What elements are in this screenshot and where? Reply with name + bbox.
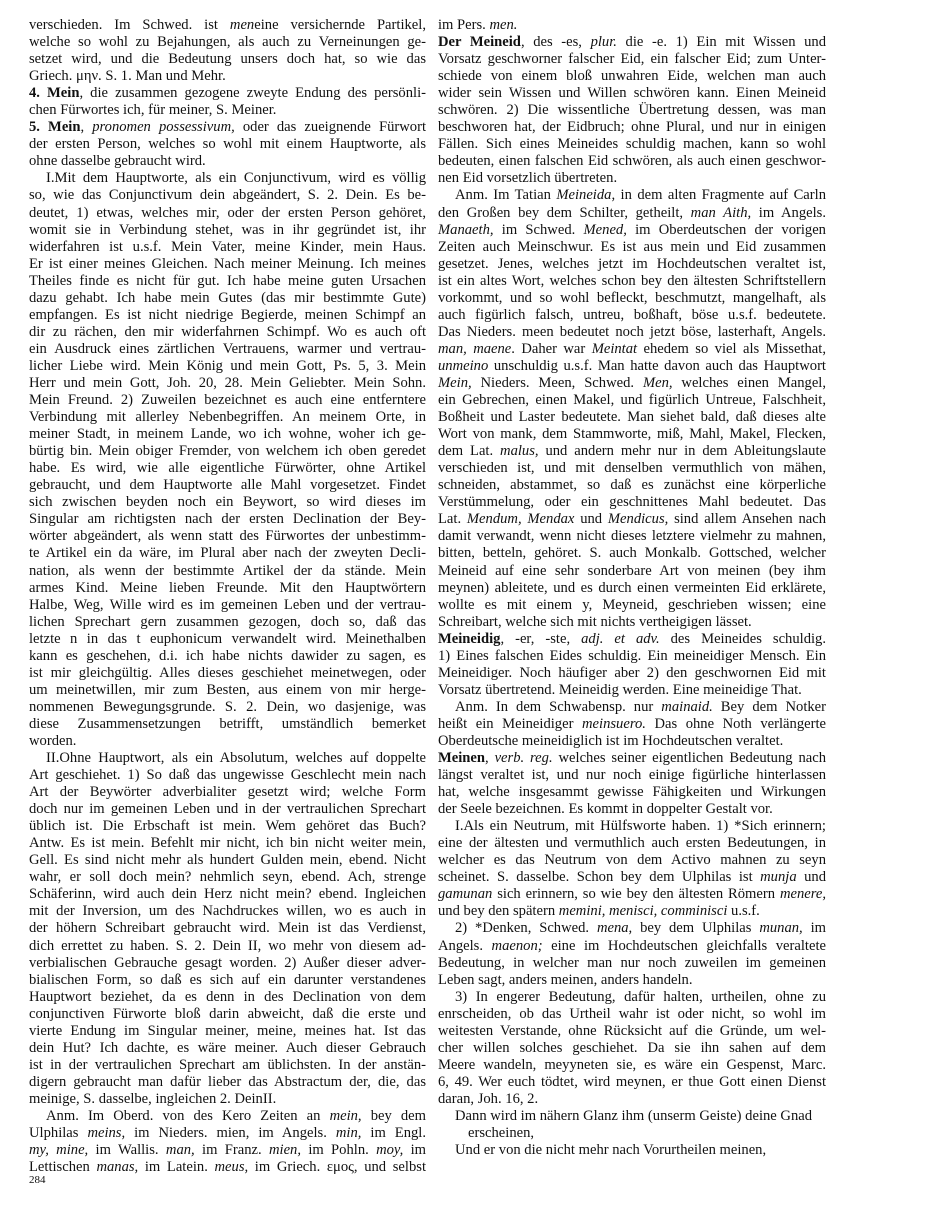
- text-segment: 3) In engerer Bedeutung, dafür halten, u…: [455, 989, 826, 1005]
- text-segment: dazu gehabt. Ich habe mein Gutes (das mi…: [29, 290, 426, 306]
- text-line: Vorsatz übertretend. Meineidig werden. E…: [438, 682, 826, 699]
- text-segment: heißt ein Meineidiger: [438, 716, 582, 732]
- italic-term: meinsuero.: [582, 716, 646, 732]
- text-segment: hat, welche insgesammt gewisse Fähigkeit…: [438, 784, 826, 800]
- text-segment: Schreibart, welche sich mit nichts verth…: [438, 614, 752, 630]
- italic-term: mein,: [330, 1108, 362, 1124]
- text-segment: deutet, 1) etwas, welches mir, oder der …: [29, 205, 426, 221]
- text-segment: um meinetwillen, mir zum Besten, aus ein…: [29, 682, 426, 698]
- text-line: mit der Inversion, um des Nachdruckes wi…: [29, 903, 426, 920]
- text-segment: Vorsatz übertretend. Meineidig werden. E…: [438, 682, 802, 698]
- text-segment: te Artikel ein da wäre, im Plural aber n…: [29, 545, 426, 561]
- text-line: auch figürlich falsch, untreu, boßhaft, …: [438, 307, 826, 324]
- text-line: Ulphilas meins, im Nieders. mien, im Ang…: [29, 1125, 426, 1142]
- text-line: heißt ein Meineidiger meinsuero. Das ohn…: [438, 716, 826, 733]
- text-line: Schreibart, welche sich mit nichts verth…: [438, 614, 826, 631]
- text-line: weitesten Verstande, ohne Rücksicht auf …: [438, 1023, 826, 1040]
- text-segment: digern gebraucht man dafür lieber das Ab…: [29, 1074, 426, 1090]
- text-line: Singular am richtigsten nach der ersten …: [29, 511, 426, 528]
- text-segment: sich zwischen beyden noch ein Beywort, s…: [29, 494, 426, 510]
- text-segment: sich erinnern, so wie bey den ältesten R…: [492, 886, 780, 902]
- text-segment: eine versichernde Partikel,: [254, 17, 426, 33]
- text-segment: Antw. Es ist mein. Befehlt mir nicht, ic…: [29, 835, 426, 851]
- text-segment: kann es geschehen, d.i. ich habe nichts …: [29, 648, 426, 664]
- text-segment: wider sein Wissen und Willen schwören ka…: [438, 85, 826, 101]
- text-segment: im Wallis.: [88, 1142, 166, 1158]
- text-segment: welche so wohl zu Bejahungen, als auch z…: [29, 34, 426, 50]
- text-segment: den Großen bey dem Schilter, getheilt,: [438, 205, 691, 221]
- text-line: 4. Mein, die zusammen gezogene zweyte En…: [29, 85, 426, 102]
- italic-term: man Aith,: [691, 205, 751, 221]
- text-segment: Und er von die nicht mehr nach Vorurthei…: [455, 1142, 766, 1158]
- text-line: nen Eid vorsetzlich übertreten.: [438, 170, 826, 187]
- text-line: schiede von einem bloß unwahren Eide, we…: [438, 68, 826, 85]
- italic-term: Mendicus,: [608, 511, 668, 527]
- text-line: Halbe, Weg, Wille wird es im gemeinen Le…: [29, 597, 426, 614]
- text-segment: Schäferinn, wird auch dein Herz nicht me…: [29, 886, 426, 902]
- text-segment: Nieders. Meen, Schwed.: [472, 375, 643, 391]
- text-line: 1) Eines falschen Eides schuldig. Ein me…: [438, 648, 826, 665]
- text-segment: wollte es mit einem y, Meyneid, geschrie…: [438, 597, 826, 613]
- text-segment: meynen) ableitete, und es durch einen ve…: [438, 580, 826, 596]
- text-line: hat, welche insgesammt gewisse Fähigkeit…: [438, 784, 826, 801]
- text-line: vierte Endung im Singular meiner, meine,…: [29, 1023, 426, 1040]
- text-segment: licher Liebe wird. Mein König und mein G…: [29, 358, 426, 374]
- text-segment: oder das zueignende Fürwort: [235, 119, 426, 135]
- italic-term: men: [230, 17, 254, 33]
- text-line: Er ist einer meines Gleichen. Nach meine…: [29, 256, 426, 273]
- text-line: womit sie in Verbindung stehet, was in i…: [29, 222, 426, 239]
- italic-term: moy,: [376, 1142, 403, 1158]
- text-line: enrscheiden, ob das Urtheil wahr ist ode…: [438, 1006, 826, 1023]
- text-segment: Anm. In dem Schwabensp. nur: [455, 699, 661, 715]
- text-line: wörter abgeändert, als wenn statt des Fü…: [29, 528, 426, 545]
- text-segment: Lat.: [438, 511, 467, 527]
- text-segment: im Franz.: [195, 1142, 269, 1158]
- text-segment: Art geschiehet. 1) So daß das ungewisse …: [29, 767, 426, 783]
- text-segment: ohne dasselbe gebraucht wird.: [29, 153, 206, 169]
- text-line: wollte es mit einem y, Meyneid, geschrie…: [438, 597, 826, 614]
- text-segment: Dann wird im nähern Glanz ihm (unserm Ge…: [455, 1108, 812, 1124]
- text-segment: im Pers.: [438, 17, 489, 33]
- text-line: bedeuten, einen falschen Eid schwören, a…: [438, 153, 826, 170]
- text-line: der ersten Person, welches so wohl mit e…: [29, 136, 426, 153]
- italic-term: mien,: [269, 1142, 301, 1158]
- text-segment: meinige, S. dasselbe, ingleichen 2. Dein…: [29, 1091, 276, 1107]
- text-line: dir zu rächen, den mir widerfahrnen Schi…: [29, 324, 426, 341]
- italic-term: Mein,: [438, 375, 472, 391]
- text-line: Art geschiehet. 1) So daß das ungewisse …: [29, 767, 426, 784]
- text-segment: Herr und mein Gott, Joh. 20, 28. Mein Ge…: [29, 375, 426, 391]
- text-segment: vierte Endung im Singular meiner, meine,…: [29, 1023, 426, 1039]
- text-segment: ,: [80, 119, 92, 135]
- text-segment: enrscheiden, ob das Urtheil wahr ist ode…: [438, 1006, 826, 1022]
- text-segment: Ulphilas: [29, 1125, 87, 1141]
- text-line: wahr, er soll doch mein? nehmlich seyn, …: [29, 869, 426, 886]
- text-segment: daran, Joh. 16, 2.: [438, 1091, 538, 1107]
- text-line: Angels. maenon; eine im Hochdeutschen gl…: [438, 938, 826, 955]
- text-segment: Bedeutung, in welcher man nur noch zuwei…: [438, 955, 826, 971]
- text-segment: conjunctiven Fürworte bloß darin abweich…: [29, 1006, 426, 1022]
- text-line: Gell. Es sind nicht mehr als hundert Gul…: [29, 852, 426, 869]
- text-segment: vorkommt, und so wohl befleckt, beschmut…: [438, 290, 826, 306]
- text-segment: habe. Es wird, wie alle eigentliche Fürw…: [29, 460, 426, 476]
- text-segment: II.Ohne Hauptwort, als ein Absolutum, we…: [46, 750, 426, 766]
- text-line: längst veraltet ist, und nur noch einige…: [438, 767, 826, 784]
- text-line: ein Gebrechen, einen Makel, und figürlic…: [438, 392, 826, 409]
- text-segment: damit verwandt, wenn nicht dieses letzte…: [438, 528, 826, 544]
- text-line: Boßheit und Laster bedeutete. Man siehet…: [438, 409, 826, 426]
- text-line: gebraucht, und dem Hauptworte alle Mahl …: [29, 477, 426, 494]
- entry-headword: 4. Mein: [29, 85, 79, 101]
- text-line: 6, 49. Wer euch tödtet, wird meynen, er …: [438, 1074, 826, 1091]
- text-segment: lichen Sprechart gern zusammen gezogen, …: [29, 614, 426, 630]
- text-line: welche so wohl zu Bejahungen, als auch z…: [29, 34, 426, 51]
- text-segment: der höhern Schreibart gebraucht wird. Me…: [29, 920, 426, 936]
- italic-term: verb. reg.: [495, 750, 553, 766]
- text-line: und bey den spätern memini, menisci, com…: [438, 903, 826, 920]
- text-line: Mein Freund. 2) Zuweilen bezeichnet es a…: [29, 392, 426, 409]
- text-line: ist mir gleichgültig. Alles dieses gesch…: [29, 665, 426, 682]
- text-line: bialischen Form, so daß es sich auf ein …: [29, 972, 426, 989]
- text-line: 2) *Denken, Schwed. mena, bey dem Ulphil…: [438, 920, 826, 937]
- text-segment: nen Eid vorsetzlich übertreten.: [438, 170, 617, 186]
- text-segment: diese Zusammensetzungen betrifft, umstän…: [29, 716, 426, 732]
- text-segment: Oberdeutsche meineidiglich ist im Hochde…: [438, 733, 783, 749]
- text-segment: Zeiten auch Meinschwur. Es ist aus mein …: [438, 239, 826, 255]
- text-line: dich errettet zu haben. S. 2. Dein II, w…: [29, 938, 426, 955]
- text-segment: im Engl.: [361, 1125, 426, 1141]
- text-segment: der ersten Person, welches so wohl mit e…: [29, 136, 426, 152]
- text-line: cher willen solches geschiehet. Da sie i…: [438, 1040, 826, 1057]
- text-segment: verbialischen Gebrauche gesagt worden. 2…: [29, 955, 426, 971]
- text-segment: des Meineides schuldig.: [660, 631, 826, 647]
- text-segment: letzte n in das t euphonicum verwandelt …: [29, 631, 426, 647]
- text-segment: der Seele bezeichnen. Es kommt in doppel…: [438, 801, 773, 817]
- text-segment: , des -es,: [521, 34, 591, 50]
- text-segment: auch figürlich falsch, untreu, boßhaft, …: [438, 307, 826, 323]
- text-segment: bey dem: [362, 1108, 426, 1124]
- text-segment: Vorsatz geschworner falscher Eid, ein fa…: [438, 51, 826, 67]
- text-line: deutet, 1) etwas, welches mir, oder der …: [29, 205, 426, 222]
- text-line: doch nur im gemeinen Leben und in der ve…: [29, 801, 426, 818]
- italic-term: Manaeth,: [438, 222, 494, 238]
- text-line: der höhern Schreibart gebraucht wird. Me…: [29, 920, 426, 937]
- text-segment: schiede von einem bloß unwahren Eide, we…: [438, 68, 826, 84]
- text-segment: Anm. Im Tatian: [455, 187, 556, 203]
- text-line: ist ein altes Wort, welches schon bey de…: [438, 273, 826, 290]
- text-line: ein Ausdruck eines zärtlichen Vertrauens…: [29, 341, 426, 358]
- text-segment: nation, als wenn der bestimmte Artikel d…: [29, 563, 426, 579]
- text-line: Wort von mank, dem Stammworte, miß, Mahl…: [438, 426, 826, 443]
- italic-term: man, maene: [438, 341, 511, 357]
- text-line: erscheinen,: [438, 1125, 826, 1142]
- text-segment: Fällen. Sich eines Meineides schuldig ma…: [438, 136, 826, 152]
- text-segment: ein Ausdruck eines zärtlichen Vertrauens…: [29, 341, 426, 357]
- text-line: Meere wandeln, meyyneten sie, es wäre ei…: [438, 1057, 826, 1074]
- text-segment: im: [803, 920, 826, 936]
- text-segment: eine im Hochdeutschen gleichfalls veralt…: [543, 938, 826, 954]
- text-line: verschieden ist, und mit denselben vermu…: [438, 460, 826, 477]
- text-line: Schäferinn, wird auch dein Herz nicht me…: [29, 886, 426, 903]
- text-segment: 6, 49. Wer euch tödtet, wird meynen, er …: [438, 1074, 826, 1090]
- text-line: gamunan sich erinnern, so wie bey den äl…: [438, 886, 826, 903]
- text-segment: ein Gebrechen, einen Makel, und figürlic…: [438, 392, 826, 408]
- text-line: meynen) ableitete, und es durch einen ve…: [438, 580, 826, 597]
- text-segment: üblich ist. Die Erbschaft ist mein. Wem …: [29, 818, 426, 834]
- text-segment: scheinet. S. dasselbe. Schon bey dem Ulp…: [438, 869, 760, 885]
- text-segment: in dem alten Fragmente auf Carln: [615, 187, 826, 203]
- italic-term: memini, menisci, comminisci: [559, 903, 728, 919]
- entry-headword: Meineidig: [438, 631, 500, 647]
- text-segment: im Latein.: [138, 1159, 214, 1175]
- italic-term: adj. et adv.: [581, 631, 660, 647]
- text-segment: ist in der vertraulichen Sprechart am üb…: [29, 1057, 426, 1073]
- text-line: te Artikel ein da wäre, im Plural aber n…: [29, 545, 426, 562]
- text-segment: eine der ältesten und vermuthlich auch e…: [438, 835, 826, 851]
- text-line: meiner Stadt, in meinem Lande, wo ich wo…: [29, 426, 426, 443]
- text-line: 5. Mein, pronomen possessivum, oder das …: [29, 119, 426, 136]
- text-line: Griech. μην. S. 1. Man und Mehr.: [29, 68, 426, 85]
- text-segment: Leben sagt, anders meinen, anders handel…: [438, 972, 693, 988]
- italic-term: malus,: [500, 443, 539, 459]
- text-segment: Halbe, Weg, Wille wird es im gemeinen Le…: [29, 597, 426, 613]
- text-segment: im Oberdeutschen der vorigen: [627, 222, 826, 238]
- text-line: worden.: [29, 733, 426, 750]
- text-segment: Hauptwort beziehet, da es denn in des De…: [29, 989, 426, 1005]
- text-segment: Verbindung mit allerley Nebenbegriffen. …: [29, 409, 426, 425]
- text-line: daran, Joh. 16, 2.: [438, 1091, 826, 1108]
- text-segment: Verstümmelung, oder ein geschnittenes Ma…: [438, 494, 826, 510]
- text-line: um meinetwillen, mir zum Besten, aus ein…: [29, 682, 426, 699]
- italic-term: Meintat: [592, 341, 637, 357]
- text-segment: im Schwed.: [494, 222, 584, 238]
- text-line: bitten, betteln, gehöret. S. auch Monkal…: [438, 545, 826, 562]
- text-segment: , -er, -ste,: [500, 631, 581, 647]
- text-segment: im Angels.: [751, 205, 826, 221]
- text-line: Antw. Es ist mein. Befehlt mir nicht, ic…: [29, 835, 426, 852]
- italic-term: mainaid.: [661, 699, 712, 715]
- text-line: man, maene. Daher war Meintat ehedem so …: [438, 341, 826, 358]
- text-line: Anm. Im Tatian Meineida, in dem alten Fr…: [438, 187, 826, 204]
- text-line: licher Liebe wird. Mein König und mein G…: [29, 358, 426, 375]
- text-line: Lat. Mendum, Mendax und Mendicus, sind a…: [438, 511, 826, 528]
- text-segment: Bey dem Notker: [713, 699, 826, 715]
- italic-term: Meineida,: [556, 187, 615, 203]
- text-line: dein Hut? Ich dachte, es wäre meiner. Au…: [29, 1040, 426, 1057]
- text-segment: Singular am richtigsten nach der ersten …: [29, 511, 426, 527]
- text-line: verschieden. Im Schwed. ist meneine vers…: [29, 17, 426, 34]
- text-line: Dann wird im nähern Glanz ihm (unserm Ge…: [438, 1108, 826, 1125]
- text-line: schneiden, abstammet, so daß es zunächst…: [438, 477, 826, 494]
- text-segment: bey dem Ulphilas: [632, 920, 759, 936]
- text-line: vorkommt, und so wohl befleckt, beschmut…: [438, 290, 826, 307]
- text-line: wider sein Wissen und Willen schwören ka…: [438, 85, 826, 102]
- text-line: Zeiten auch Meinschwur. Es ist aus mein …: [438, 239, 826, 256]
- text-segment: Meineid auf eine sehr sonderbare Art von…: [438, 563, 826, 579]
- text-line: nation, als wenn der bestimmte Artikel d…: [29, 563, 426, 580]
- text-segment: u.s.f.: [727, 903, 759, 919]
- text-segment: ist mir gleichgültig. Alles dieses gesch…: [29, 665, 426, 681]
- text-line: Art der Beywörter adverbialiter gesetzt …: [29, 784, 426, 801]
- text-segment: im: [403, 1142, 426, 1158]
- text-segment: armes Kind. Meine lieben Freunde. Mit de…: [29, 580, 426, 596]
- italic-term: plur.: [591, 34, 617, 50]
- italic-term: Men,: [643, 375, 673, 391]
- text-line: I.Mit dem Hauptworte, als ein Conjunctiv…: [29, 170, 426, 187]
- text-segment: schwören. 2) Die wissentliche Übertretun…: [438, 102, 826, 118]
- text-segment: Art der Beywörter adverbialiter gesetzt …: [29, 784, 426, 800]
- text-line: Meineid auf eine sehr sonderbare Art von…: [438, 563, 826, 580]
- text-segment: im Nieders. mien, im Angels.: [125, 1125, 336, 1141]
- text-segment: 2) *Denken, Schwed.: [455, 920, 597, 936]
- text-line: letzte n in das t euphonicum verwandelt …: [29, 631, 426, 648]
- text-segment: weitesten Verstande, ohne Rücksicht auf …: [438, 1023, 826, 1039]
- text-segment: I.Mit dem Hauptworte, als ein Conjunctiv…: [46, 170, 426, 186]
- text-segment: . Daher war: [511, 341, 591, 357]
- text-line: setzet wird, und die Bedeutung unsers do…: [29, 51, 426, 68]
- text-segment: dein Hut? Ich dachte, es wäre meiner. Au…: [29, 1040, 426, 1056]
- text-segment: I.Als ein Neutrum, mit Hülfsworte haben.…: [455, 818, 826, 834]
- text-line: der Seele bezeichnen. Es kommt in doppel…: [438, 801, 826, 818]
- text-line: Verbindung mit allerley Nebenbegriffen. …: [29, 409, 426, 426]
- italic-term: maenon;: [492, 938, 543, 954]
- text-line: Anm. In dem Schwabensp. nur mainaid. Bey…: [438, 699, 826, 716]
- italic-term: munan,: [759, 920, 802, 936]
- text-line: unmeino unschuldig u.s.f. Man hatte davo…: [438, 358, 826, 375]
- text-segment: bedeuten, einen falschen Eid schwören, a…: [438, 153, 826, 169]
- italic-term: manas,: [96, 1159, 138, 1175]
- text-segment: Er ist einer meines Gleichen. Nach meine…: [29, 256, 426, 272]
- text-line: empfangen. Es ist nicht niedrige Begierd…: [29, 307, 426, 324]
- text-line: verbialischen Gebrauche gesagt worden. 2…: [29, 955, 426, 972]
- text-segment: empfangen. Es ist nicht niedrige Begierd…: [29, 307, 426, 323]
- text-line: üblich ist. Die Erbschaft ist mein. Wem …: [29, 818, 426, 835]
- text-segment: meiner Stadt, in meinem Lande, wo ich wo…: [29, 426, 426, 442]
- text-line: scheinet. S. dasselbe. Schon bey dem Ulp…: [438, 869, 826, 886]
- text-line: Anm. Im Oberd. von des Kero Zeiten an me…: [29, 1108, 426, 1125]
- italic-term: pronomen possessivum,: [92, 119, 235, 135]
- text-segment: sind allem Ansehen nach: [668, 511, 826, 527]
- text-segment: bitten, betteln, gehöret. S. auch Monkal…: [438, 545, 826, 561]
- text-line: chen Fürwortes ich, für meiner, S. Meine…: [29, 102, 426, 119]
- text-line: armes Kind. Meine lieben Freunde. Mit de…: [29, 580, 426, 597]
- text-line: gesetzet. Jenes, welches jetzt im Hochde…: [438, 256, 826, 273]
- text-line: Meineidig, -er, -ste, adj. et adv. des M…: [438, 631, 826, 648]
- text-line: Bedeutung, in welcher man nur noch zuwei…: [438, 955, 826, 972]
- text-line: Und er von die nicht mehr nach Vorurthei…: [438, 1142, 826, 1159]
- text-line: Das Nieders. meen bedeutet noch jetzt bö…: [438, 324, 826, 341]
- text-line: I.Als ein Neutrum, mit Hülfsworte haben.…: [438, 818, 826, 835]
- text-line: damit verwandt, wenn nicht dieses letzte…: [438, 528, 826, 545]
- page-number: 284: [29, 1174, 46, 1186]
- text-segment: 1) Eines falschen Eides schuldig. Ein me…: [438, 648, 826, 664]
- text-segment: im Griech. εμος, und selbst: [248, 1159, 426, 1175]
- text-line: my, mine, im Wallis. man, im Franz. mien…: [29, 1142, 426, 1159]
- text-segment: im Pohln.: [301, 1142, 376, 1158]
- italic-term: unmeino: [438, 358, 488, 374]
- text-segment: welches einen Mangel,: [673, 375, 826, 391]
- text-line: diese Zusammensetzungen betrifft, umstän…: [29, 716, 426, 733]
- text-segment: wörter abgeändert, als wenn statt des Fü…: [29, 528, 426, 544]
- text-segment: welcher es das Neutrum von dem Activo ma…: [438, 852, 826, 868]
- italic-term: menere,: [780, 886, 826, 902]
- text-line: welcher es das Neutrum von dem Activo ma…: [438, 852, 826, 869]
- italic-term: min,: [336, 1125, 362, 1141]
- text-segment: dich errettet zu haben. S. 2. Dein II, w…: [29, 938, 426, 954]
- text-segment: cher willen solches geschiehet. Da sie i…: [438, 1040, 826, 1056]
- text-line: conjunctiven Fürworte bloß darin abweich…: [29, 1006, 426, 1023]
- entry-headword: Der Meineid: [438, 34, 521, 50]
- text-segment: welches seiner eigentlichen Bedeutung na…: [553, 750, 826, 766]
- text-line: ohne dasselbe gebraucht wird.: [29, 153, 426, 170]
- text-segment: Das ohne Noth verlängerte: [646, 716, 826, 732]
- text-line: kann es geschehen, d.i. ich habe nichts …: [29, 648, 426, 665]
- text-segment: dir zu rächen, den mir widerfahrnen Schi…: [29, 324, 426, 340]
- text-segment: die -e. 1) Ein mit Wissen und: [617, 34, 826, 50]
- text-line: Oberdeutsche meineidiglich ist im Hochde…: [438, 733, 826, 750]
- text-segment: Angels.: [438, 938, 492, 954]
- text-segment: chen Fürwortes ich, für meiner, S. Meine…: [29, 102, 276, 118]
- text-line: Meineidiger. Noch häufiger aber 2) den g…: [438, 665, 826, 682]
- text-segment: ist ein altes Wort, welches schon bey de…: [438, 273, 826, 289]
- text-line: Verstümmelung, oder ein geschnittenes Ma…: [438, 494, 826, 511]
- text-segment: widerfahren ist u.s.f. Mein Vater, meine…: [29, 239, 426, 255]
- text-line: digern gebraucht man dafür lieber das Ab…: [29, 1074, 426, 1091]
- text-segment: dem Lat.: [438, 443, 500, 459]
- text-segment: mit der Inversion, um des Nachdruckes wi…: [29, 903, 426, 919]
- text-line: dem Lat. malus, und andern mehr nur in d…: [438, 443, 826, 460]
- text-line: habe. Es wird, wie alle eigentliche Fürw…: [29, 460, 426, 477]
- text-segment: erscheinen,: [468, 1125, 534, 1141]
- text-line: sich zwischen beyden noch ein Beywort, s…: [29, 494, 426, 511]
- text-segment: bürtig bin. Mein obiger Fremder, von wel…: [29, 443, 426, 459]
- text-segment: Das Nieders. meen bedeutet noch jetzt bö…: [438, 324, 826, 340]
- text-segment: und bey den spätern: [438, 903, 559, 919]
- text-line: Lettischen manas, im Latein. meus, im Gr…: [29, 1159, 426, 1176]
- text-segment: und andern mehr nur in dem Ableitungslau…: [539, 443, 826, 459]
- text-segment: nommenen Bewegungsgrunde. S. 2. Dein, wo…: [29, 699, 426, 715]
- text-segment: längst veraltet ist, und nur noch einige…: [438, 767, 826, 783]
- italic-term: gamunan: [438, 886, 492, 902]
- text-line: beschworen hat, der Eidbruch; ohne Plura…: [438, 119, 826, 136]
- entry-headword: 5. Mein: [29, 119, 80, 135]
- text-line: schwören. 2) Die wissentliche Übertretun…: [438, 102, 826, 119]
- text-segment: doch nur im gemeinen Leben und in der ve…: [29, 801, 426, 817]
- text-line: nommenen Bewegungsgrunde. S. 2. Dein, wo…: [29, 699, 426, 716]
- italic-term: men.: [489, 17, 517, 33]
- text-segment: Wort von mank, dem Stammworte, miß, Mahl…: [438, 426, 826, 442]
- text-line: Vorsatz geschworner falscher Eid, ein fa…: [438, 51, 826, 68]
- text-segment: verschieden ist, und mit denselben vermu…: [438, 460, 826, 476]
- text-line: Fällen. Sich eines Meineides schuldig ma…: [438, 136, 826, 153]
- text-segment: Gell. Es sind nicht mehr als hundert Gul…: [29, 852, 426, 868]
- text-segment: worden.: [29, 733, 76, 749]
- text-line: meinige, S. dasselbe, ingleichen 2. Dein…: [29, 1091, 426, 1108]
- text-line: Leben sagt, anders meinen, anders handel…: [438, 972, 826, 989]
- text-line: Meinen, verb. reg. welches seiner eigent…: [438, 750, 826, 767]
- text-line: Herr und mein Gott, Joh. 20, 28. Mein Ge…: [29, 375, 426, 392]
- text-segment: Meineidiger. Noch häufiger aber 2) den g…: [438, 665, 826, 681]
- text-segment: Theiles finde es nicht für gut. Ich habe…: [29, 273, 426, 289]
- entry-headword: Meinen: [438, 750, 485, 766]
- text-line: so, wie das Conjunctivum dein abgeändert…: [29, 187, 426, 204]
- text-line: bürtig bin. Mein obiger Fremder, von wel…: [29, 443, 426, 460]
- italic-term: munja: [760, 869, 796, 885]
- text-line: ist in der vertraulichen Sprechart am üb…: [29, 1057, 426, 1074]
- text-segment: und: [797, 869, 826, 885]
- text-segment: bialischen Form, so daß es sich auf ein …: [29, 972, 426, 988]
